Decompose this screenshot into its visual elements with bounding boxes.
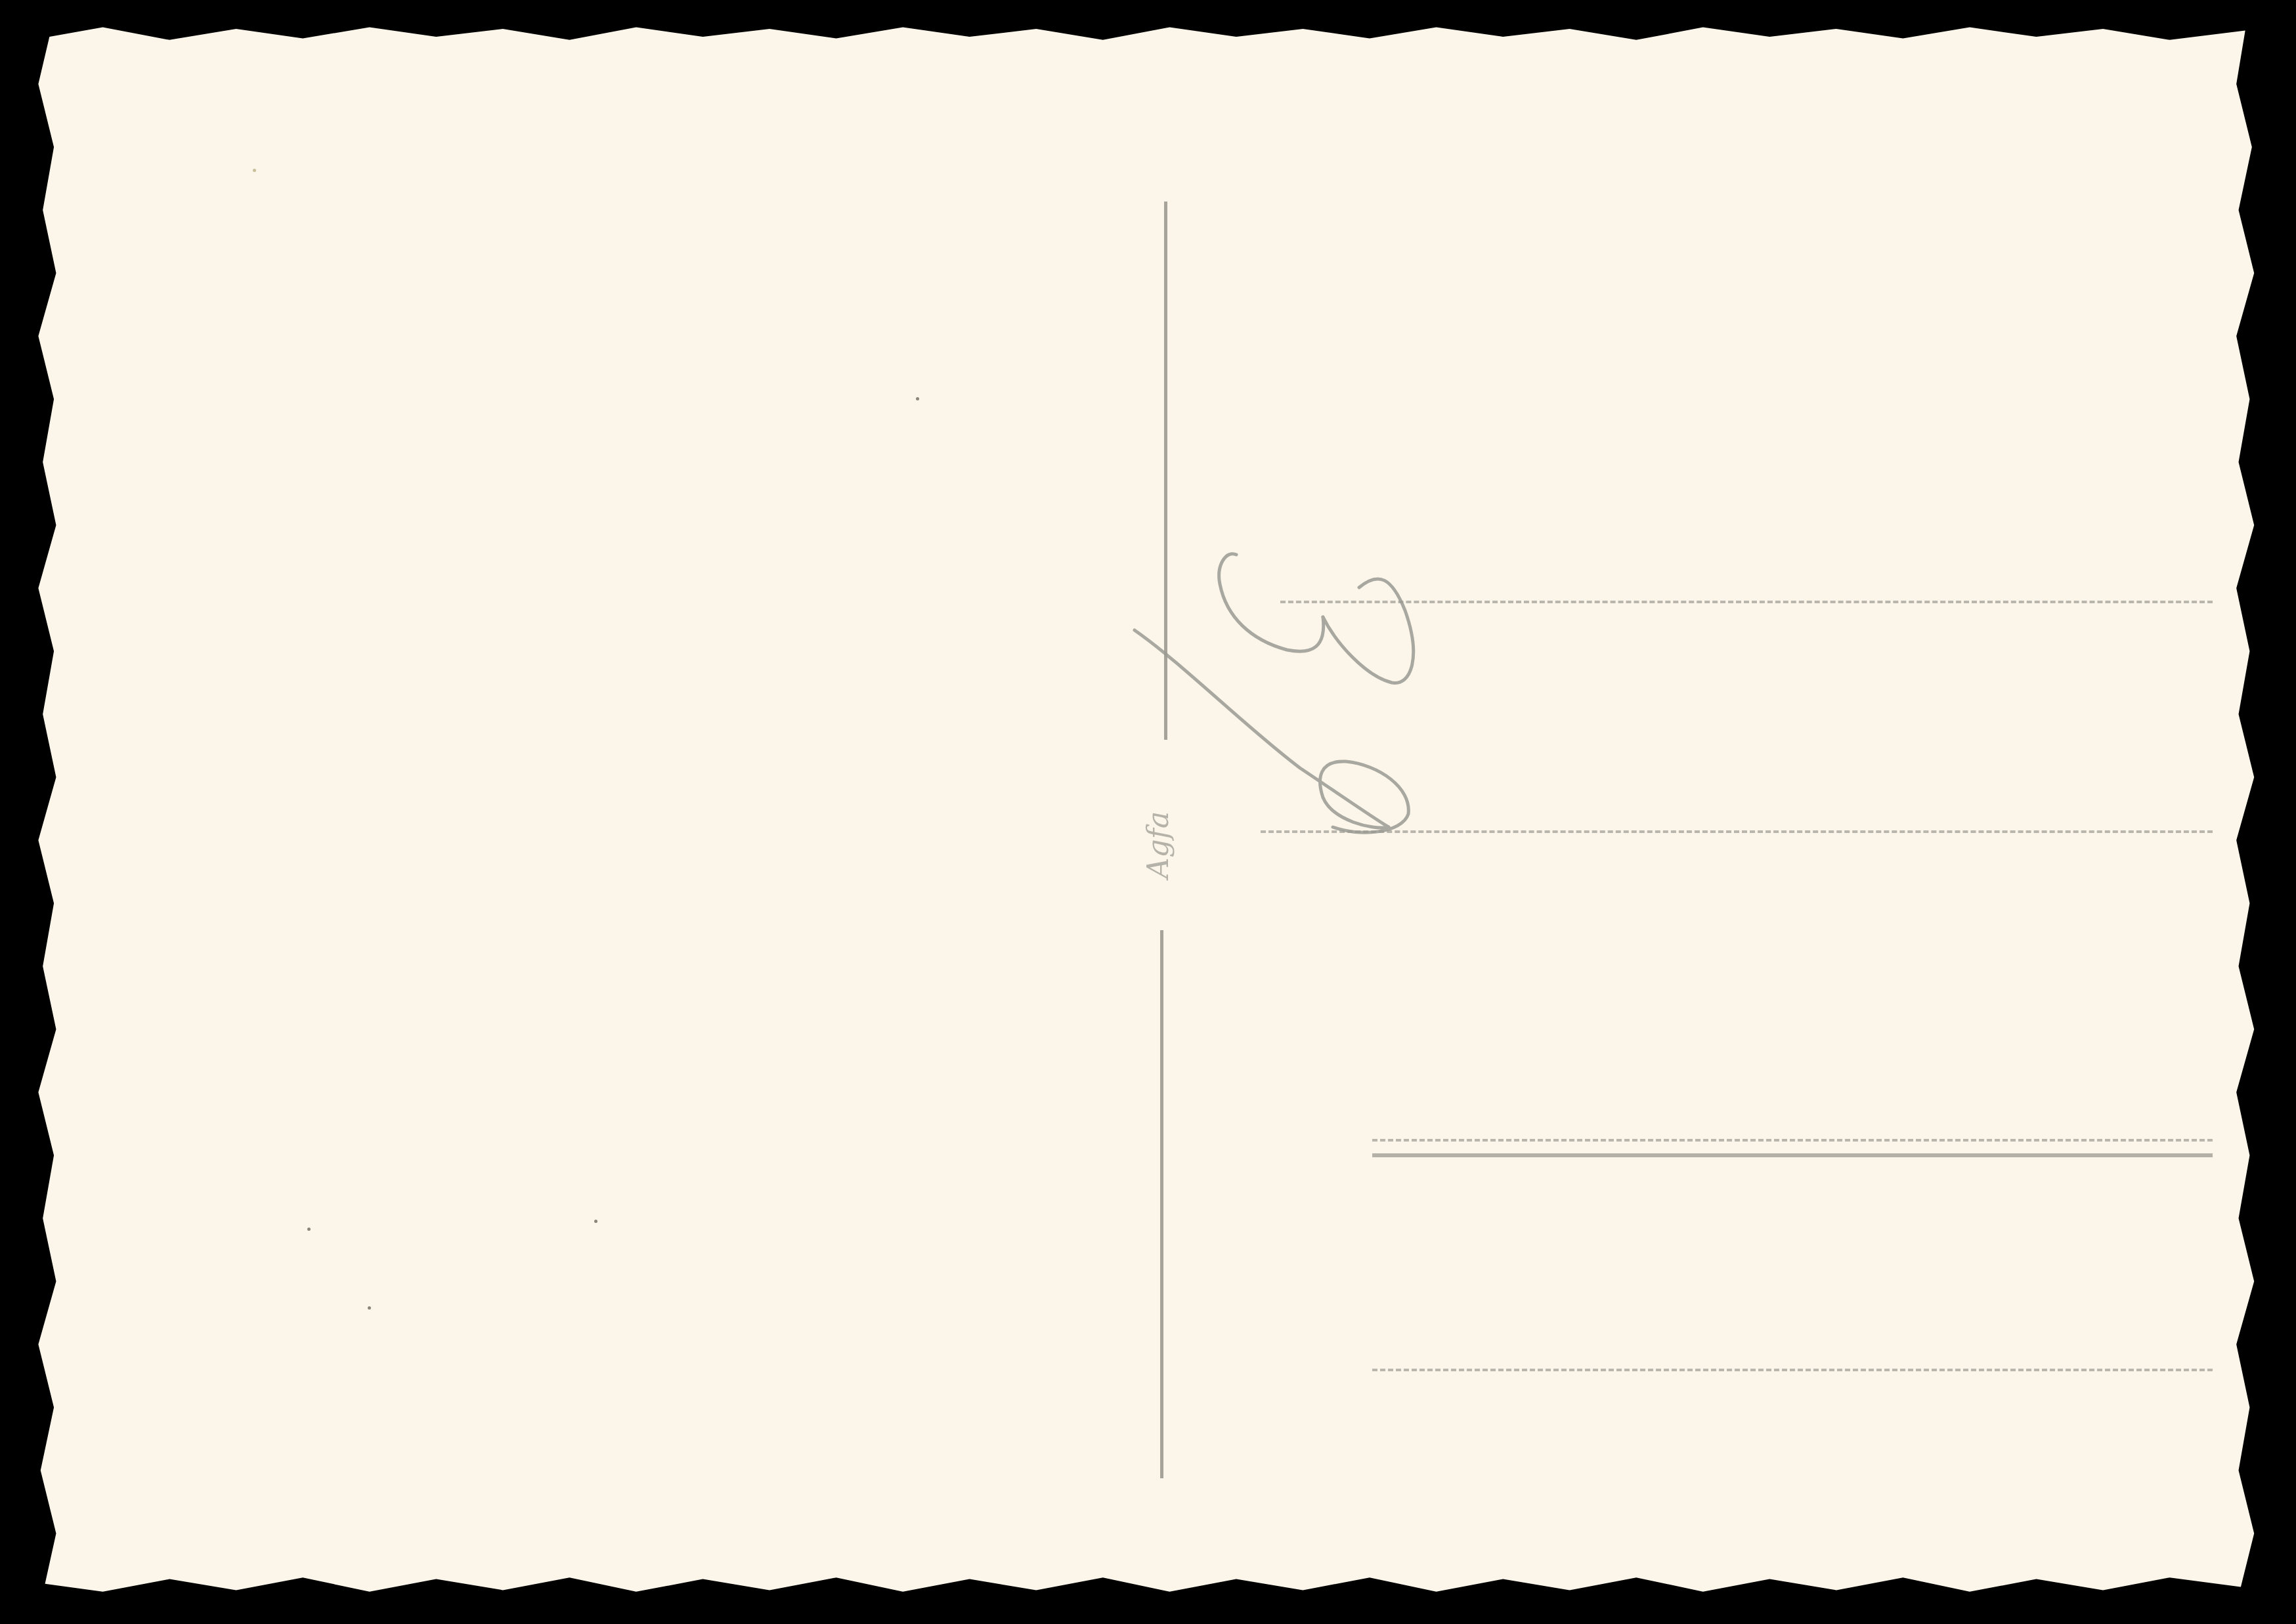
postcard-back: Agfa bbox=[36, 21, 2259, 1596]
center-divider-lower bbox=[1160, 930, 1163, 1478]
agfa-imprint: Agfa bbox=[1139, 799, 1179, 891]
paper-speck bbox=[368, 1306, 371, 1310]
address-line-1 bbox=[1280, 601, 2213, 603]
paper-speck bbox=[307, 1228, 311, 1231]
paper-speck bbox=[253, 169, 256, 172]
paper-speck bbox=[916, 397, 919, 400]
address-line-3 bbox=[1372, 1139, 2213, 1142]
address-underline bbox=[1372, 1153, 2213, 1157]
address-line-2 bbox=[1261, 830, 2213, 833]
center-divider-upper bbox=[1164, 202, 1167, 740]
address-line-4 bbox=[1372, 1369, 2213, 1371]
paper-speck bbox=[594, 1220, 597, 1223]
